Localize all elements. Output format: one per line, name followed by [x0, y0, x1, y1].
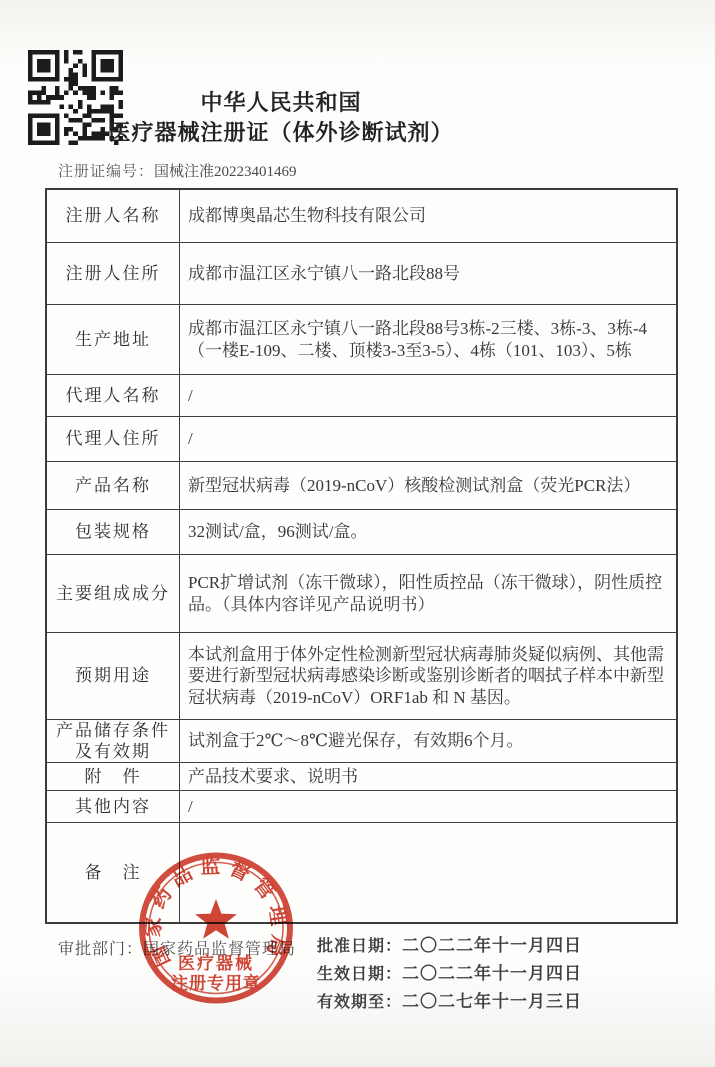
- row-label: 产品储存条件及有效期: [47, 720, 180, 762]
- row-value: PCR扩增试剂（冻干微球），阳性质控品（冻干微球），阴性质控品。（具体内容详见产…: [180, 555, 676, 632]
- registration-number-line: 注册证编号：国械注准20223401469: [58, 160, 297, 181]
- row-value: /: [180, 375, 676, 416]
- row-label: 注册人名称: [47, 190, 180, 242]
- row-agent-name: 代理人名称 /: [47, 374, 676, 416]
- row-value: 新型冠状病毒（2019-nCoV）核酸检测试剂盒（荧光PCR法）: [180, 462, 676, 509]
- row-value: 成都博奥晶芯生物科技有限公司: [180, 190, 676, 242]
- row-production-address: 生产地址 成都市温江区永宁镇八一路北段88号3栋-2三楼、3栋-3、3栋-4（一…: [47, 304, 676, 374]
- row-packaging-spec: 包装规格 32测试/盒，96测试/盒。: [47, 509, 676, 554]
- row-registrant-name: 注册人名称 成都博奥晶芯生物科技有限公司: [47, 190, 676, 242]
- title-country: 中华人民共和国: [0, 88, 562, 118]
- registration-number-value: 国械注准20223401469: [154, 164, 297, 180]
- effective-date-line: 生效日期：二〇二二年十一月四日: [317, 960, 582, 988]
- row-value: 成都市温江区永宁镇八一路北段88号3栋-2三楼、3栋-3、3栋-4（一楼E-10…: [180, 305, 676, 374]
- row-label: 包装规格: [47, 510, 180, 554]
- row-agent-address: 代理人住所 /: [47, 416, 676, 461]
- row-label: 备 注: [47, 823, 180, 922]
- row-label: 预期用途: [47, 633, 180, 719]
- row-value: 成都市温江区永宁镇八一路北段88号: [180, 243, 676, 304]
- row-value: 产品技术要求、说明书: [180, 763, 676, 790]
- row-value: 试剂盒于2℃～8℃避光保存，有效期6个月。: [180, 720, 676, 762]
- row-storage-validity: 产品储存条件及有效期 试剂盒于2℃～8℃避光保存，有效期6个月。: [47, 719, 676, 762]
- approval-date-value: 二〇二二年十一月四日: [402, 936, 582, 955]
- approval-date-line: 批准日期：二〇二二年十一月四日: [317, 932, 582, 960]
- row-remarks: 备 注: [47, 822, 676, 922]
- row-label: 主要组成成分: [47, 555, 180, 632]
- effective-date-value: 二〇二二年十一月四日: [402, 964, 582, 983]
- registration-number-label: 注册证编号：: [58, 164, 154, 180]
- stamp-title-line2: 注册专用章: [171, 973, 261, 993]
- row-label: 附 件: [47, 763, 180, 790]
- expiry-date-value: 二〇二七年十一月三日: [402, 992, 582, 1011]
- certificate-page: 中华人民共和国 医疗器械注册证（体外诊断试剂） 注册证编号：国械注准202234…: [0, 0, 715, 1067]
- row-intended-use: 预期用途 本试剂盒用于体外定性检测新型冠状病毒肺炎疑似病例、其他需要进行新型冠状…: [47, 632, 676, 719]
- approval-department-line: 审批部门：国家药品监督管理局: [58, 936, 296, 959]
- row-label: 代理人名称: [47, 375, 180, 416]
- approval-date-label: 批准日期：: [317, 938, 402, 955]
- expiry-date-line: 有效期至：二〇二七年十一月三日: [317, 988, 582, 1016]
- row-label: 注册人住所: [47, 243, 180, 304]
- row-value: 本试剂盒用于体外定性检测新型冠状病毒肺炎疑似病例、其他需要进行新型冠状病毒感染诊…: [180, 633, 676, 719]
- row-label: 生产地址: [47, 305, 180, 374]
- row-main-components: 主要组成成分 PCR扩增试剂（冻干微球），阳性质控品（冻干微球），阴性质控品。（…: [47, 554, 676, 632]
- row-label: 其他内容: [47, 791, 180, 822]
- row-value: /: [180, 791, 676, 822]
- row-label: 产品名称: [47, 462, 180, 509]
- expiry-date-label: 有效期至：: [317, 994, 402, 1011]
- row-other-content: 其他内容 /: [47, 790, 676, 822]
- certificate-table: 注册人名称 成都博奥晶芯生物科技有限公司 注册人住所 成都市温江区永宁镇八一路北…: [45, 188, 678, 924]
- effective-date-label: 生效日期：: [317, 966, 402, 983]
- row-product-name: 产品名称 新型冠状病毒（2019-nCoV）核酸检测试剂盒（荧光PCR法）: [47, 461, 676, 509]
- title-cert-type: 医疗器械注册证（体外诊断试剂）: [0, 118, 562, 148]
- row-value: /: [180, 417, 676, 461]
- approval-department-value: 国家药品监督管理局: [143, 941, 296, 958]
- row-registrant-address: 注册人住所 成都市温江区永宁镇八一路北段88号: [47, 242, 676, 304]
- row-attachments: 附 件 产品技术要求、说明书: [47, 762, 676, 790]
- certificate-title: 中华人民共和国 医疗器械注册证（体外诊断试剂）: [0, 88, 562, 148]
- approval-department-label: 审批部门：: [58, 941, 143, 958]
- dates-block: 批准日期：二〇二二年十一月四日 生效日期：二〇二二年十一月四日 有效期至：二〇二…: [317, 932, 582, 1016]
- row-value: [180, 823, 676, 922]
- row-label: 代理人住所: [47, 417, 180, 461]
- row-value: 32测试/盒，96测试/盒。: [180, 510, 676, 554]
